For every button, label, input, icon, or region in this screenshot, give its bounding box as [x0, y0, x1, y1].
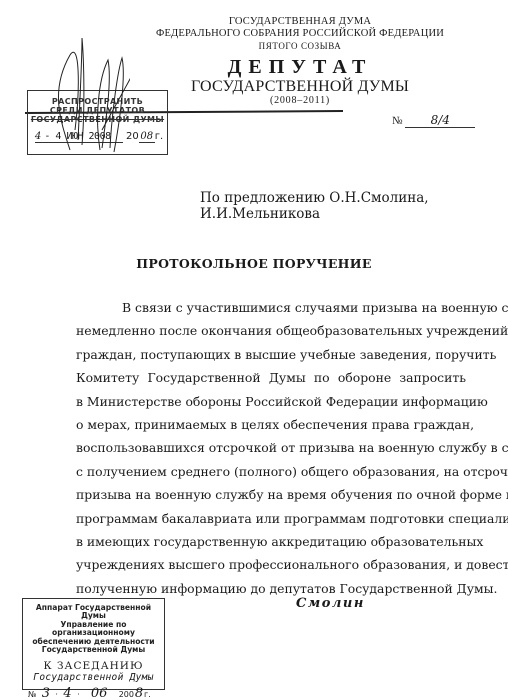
body-line: призыва на военную службу на время обуче… — [76, 483, 466, 506]
session-year-suffix: г. — [144, 690, 151, 699]
session-month: 4 — [61, 686, 75, 700]
session-day: 3 — [39, 686, 53, 700]
session-stamp-number: № 3 · 4 · 06 2008г. — [23, 686, 164, 700]
letterhead-org: ГОСУДАРСТВЕННАЯ ДУМА — [150, 16, 450, 28]
body-line: В связи с участившимися случаями призыва… — [76, 296, 466, 319]
session-stamp-line: Государственной Думы — [23, 646, 164, 654]
body-line: воспользовавшихся отсрочкой от призыва н… — [76, 436, 466, 459]
stamp-year-suffix: г. — [155, 131, 163, 142]
session-stamp-line: Управление по организационному — [23, 621, 164, 638]
body-line: о мерах, принимаемых в целях обеспечения… — [76, 413, 466, 436]
signature-scribble-icon — [40, 30, 130, 155]
body-line: с получением среднего (полного) общего о… — [76, 460, 466, 483]
body-text: В связи с участившимися случаями призыва… — [76, 296, 466, 600]
body-line: учреждениях высшего профессионального об… — [76, 553, 466, 576]
stamp-year: 08 — [139, 131, 155, 143]
session-date-part: 06 — [82, 686, 116, 700]
session-year-prefix: 200 — [119, 690, 134, 699]
letterhead-title: ДЕПУТАТ — [150, 56, 450, 78]
letterhead-convocation: ПЯТОГО СОЗЫВА — [150, 40, 450, 52]
number-value: 8/4 — [405, 113, 475, 128]
letterhead-federation: ФЕДЕРАЛЬНОГО СОБРАНИЯ РОССИЙСКОЙ ФЕДЕРАЦ… — [130, 28, 470, 40]
proposal-line: По предложению О.Н.Смолина, И.И.Мельнико… — [200, 190, 508, 222]
body-line: программам бакалавриата или программам п… — [76, 507, 466, 530]
body-line: немедленно после окончания общеобразоват… — [76, 319, 466, 342]
body-line: в Министерстве обороны Российской Федера… — [76, 390, 466, 413]
session-stamp-subtitle: Государственной Думы — [23, 672, 164, 684]
body-line: в имеющих государственную аккредитацию о… — [76, 530, 466, 553]
document-heading: ПРОТОКОЛЬНОЕ ПОРУЧЕНИЕ — [0, 256, 508, 271]
document-number: № 8/4 — [392, 113, 475, 128]
session-stamp-title: К ЗАСЕДАНИЮ — [23, 660, 164, 672]
session-stamp-line: Аппарат Государственной Думы — [23, 604, 164, 621]
body-line: полученную информацию до депутатов Госуд… — [76, 577, 466, 600]
session-year-digit: 8 — [134, 686, 144, 700]
letterhead: ГОСУДАРСТВЕННАЯ ДУМА ФЕДЕРАЛЬНОГО СОБРАН… — [150, 16, 450, 107]
session-num-label: № — [28, 690, 36, 699]
letterhead-subtitle: ГОСУДАРСТВЕННОЙ ДУМЫ — [150, 78, 450, 95]
number-label: № — [392, 115, 403, 127]
body-line: граждан, поступающих в высшие учебные за… — [76, 343, 466, 366]
signature-name: Смолин — [296, 596, 365, 611]
letterhead-term: (2008–2011) — [150, 95, 450, 107]
session-stamp: Аппарат Государственной Думы Управление … — [22, 598, 165, 690]
body-line: Комитету Государственной Думы по обороне… — [76, 366, 466, 389]
